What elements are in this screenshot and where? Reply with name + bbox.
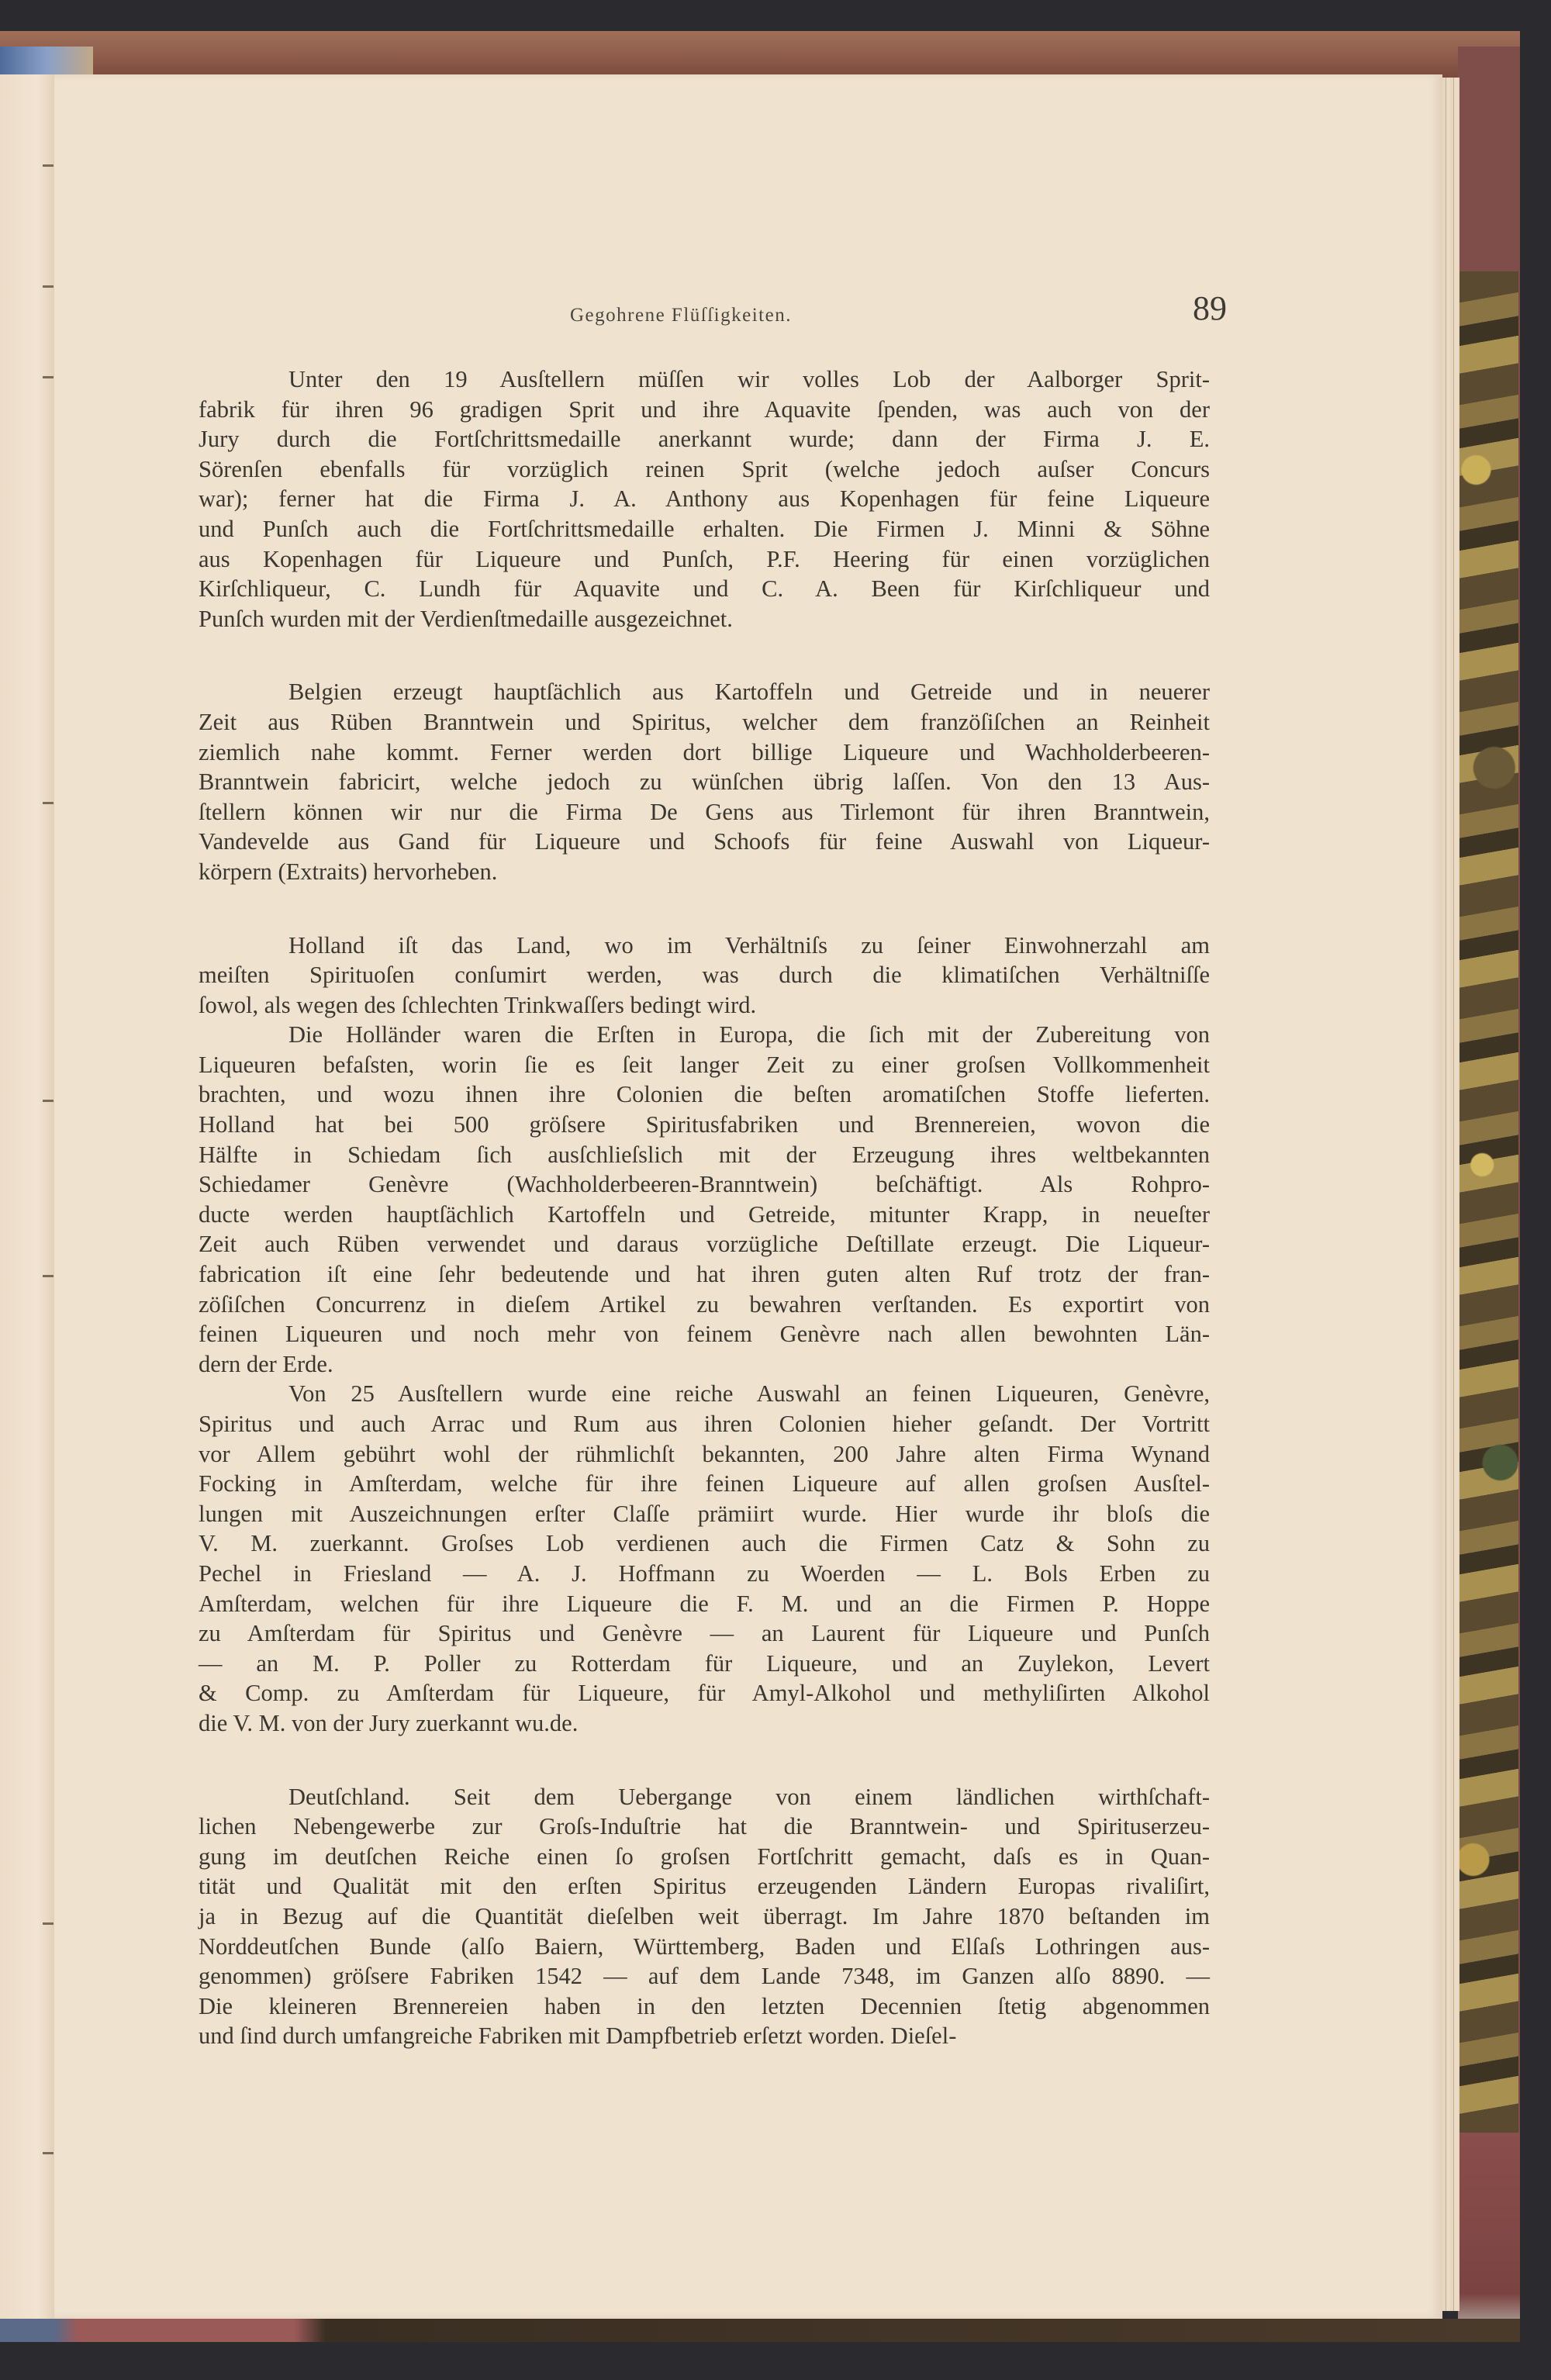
text-line: Branntwein fabricirt, welche jedoch zu w… (199, 767, 1210, 797)
text-line: und ſind durch umfangreiche Fabriken mit… (199, 2021, 1210, 2051)
paragraph-holland-history: Die Holländer waren die Erſten in Europa… (199, 1020, 1210, 1379)
text-line: Spiritus und auch Arrac und Rum aus ihre… (199, 1409, 1210, 1439)
text-line: Zeit aus Rüben Branntwein und Spiritus, … (199, 707, 1210, 737)
paragraph-germany: Deutſchland. Seit dem Uebergange von ein… (199, 1782, 1210, 2051)
text-line: ja in Bezug auf die Quantität dieſelben … (199, 1902, 1210, 1932)
text-line: Deutſchland. Seit dem Uebergange von ein… (199, 1782, 1210, 1812)
paragraph-holland-exhibitors: Von 25 Ausſtellern wurde eine reiche Aus… (199, 1379, 1210, 1738)
text-line: Pechel in Friesland — A. J. Hoffmann zu … (199, 1559, 1210, 1589)
page-stack-edge (1442, 78, 1459, 2311)
page-number: 89 (1193, 288, 1227, 328)
text-line: Die Holländer waren die Erſten in Europa… (199, 1020, 1210, 1050)
margin-mark (43, 2152, 54, 2154)
margin-mark (43, 376, 54, 378)
text-line: lichen Nebengewerbe zur Groſs-Induſtrie … (199, 1812, 1210, 1842)
margin-mark (43, 802, 54, 804)
text-line: genommen) gröſsere Fabriken 1542 — auf d… (199, 1961, 1210, 1991)
text-line: war); ferner hat die Firma J. A. Anthony… (199, 484, 1210, 514)
text-line: Norddeutſchen Bunde (alſo Baiern, Württe… (199, 1932, 1210, 1962)
text-line: fabrik für ihren 96 gradigen Sprit und i… (199, 395, 1210, 425)
text-line: Schiedamer Genèvre (Wachholderbeeren-Bra… (199, 1169, 1210, 1200)
text-line: Focking in Amſterdam, welche für ihre fe… (199, 1469, 1210, 1499)
text-line: Belgien erzeugt hauptſächlich aus Kartof… (199, 677, 1210, 707)
paragraph-denmark: Unter den 19 Ausſtellern müſſen wir voll… (199, 364, 1210, 634)
facing-page-edge (0, 74, 56, 2319)
text-line: Sörenſen ebenfalls für vorzüglich reinen… (199, 454, 1210, 485)
running-header-title: Gegohrene Flüſſigkeiten. (570, 305, 792, 326)
text-line: die V. M. von der Jury zuerkannt wu.de. (199, 1708, 1210, 1739)
text-line: zöſiſchen Concurrenz in dieſem Artikel z… (199, 1290, 1210, 1320)
book-cover-corner (0, 47, 93, 78)
text-line: Holland iſt das Land, wo im Verhältniſs … (199, 931, 1210, 961)
margin-mark (43, 1275, 54, 1277)
text-line: und Punſch auch die Fortſchrittsmedaille… (199, 514, 1210, 544)
text-line: Amſterdam, welchen für ihre Liqueure die… (199, 1589, 1210, 1619)
margin-mark (43, 1100, 54, 1102)
text-line: Zeit auch Rüben verwendet und daraus vor… (199, 1229, 1210, 1259)
text-line: Hälfte in Schiedam ſich ausſchlieſslich … (199, 1140, 1210, 1170)
text-line: Jury durch die Fortſchrittsmedaille aner… (199, 424, 1210, 454)
text-line: körpern (Extraits) hervorheben. (199, 857, 1210, 887)
text-line: dern der Erde. (199, 1349, 1210, 1380)
text-line: tität und Qualität mit den erſten Spirit… (199, 1871, 1210, 1902)
text-line: aus Kopenhagen für Liqueure und Punſch, … (199, 544, 1210, 575)
text-line: fabrication iſt eine ſehr bedeutende und… (199, 1259, 1210, 1290)
text-line: Unter den 19 Ausſtellern müſſen wir voll… (199, 364, 1210, 395)
text-line: Punſch wurden mit der Verdienſtmedaille … (199, 604, 1210, 634)
book-cover-top-edge (0, 31, 1520, 78)
text-line: ſowol, als wegen des ſchlechten Trinkwaſ… (199, 990, 1210, 1021)
text-line: Kirſchliqueur, C. Lundh für Aquavite und… (199, 574, 1210, 604)
text-line: V. M. zuerkannt. Groſses Lob verdienen a… (199, 1529, 1210, 1559)
book-cover-bottom-edge (0, 2319, 1520, 2342)
text-line: Von 25 Ausſtellern wurde eine reiche Aus… (199, 1379, 1210, 1409)
text-line: ſtellern können wir nur die Firma De Gen… (199, 797, 1210, 827)
text-line: gung im deutſchen Reiche einen ſo groſse… (199, 1842, 1210, 1872)
paragraph-belgium: Belgien erzeugt hauptſächlich aus Kartof… (199, 677, 1210, 886)
text-line: & Comp. zu Amſterdam für Liqueure, für A… (199, 1678, 1210, 1708)
margin-mark (43, 164, 54, 167)
text-line: lungen mit Auszeichnungen erſter Claſſe … (199, 1499, 1210, 1529)
marbled-edge (1458, 271, 1518, 2257)
text-line: feinen Liqueuren und noch mehr von feine… (199, 1319, 1210, 1349)
text-line: meiſten Spirituoſen conſumirt werden, wa… (199, 960, 1210, 990)
text-line: Liqueuren befaſsten, worin ſie es ſeit l… (199, 1050, 1210, 1080)
text-line: zu Amſterdam für Spiritus und Genèvre — … (199, 1618, 1210, 1649)
text-line: Holland hat bei 500 gröſsere Spiritusfab… (199, 1110, 1210, 1140)
text-line: — an M. P. Poller zu Rotterdam für Lique… (199, 1649, 1210, 1679)
text-line: ducte werden hauptſächlich Kartoffeln un… (199, 1200, 1210, 1230)
book-binding-corner (1458, 2133, 1520, 2334)
text-line: brachten, und wozu ihnen ihre Colonien d… (199, 1079, 1210, 1110)
text-line: vor Allem gebührt wohl der rühmlichſt be… (199, 1439, 1210, 1470)
body-text: Unter den 19 Ausſtellern müſſen wir voll… (199, 364, 1210, 2051)
text-line: ziemlich nahe kommt. Ferner werden dort … (199, 737, 1210, 768)
text-line: Vandevelde aus Gand für Liqueure und Sch… (199, 827, 1210, 857)
text-line: Die kleineren Brennereien haben in den l… (199, 1991, 1210, 2022)
margin-mark (43, 1922, 54, 1925)
margin-mark (43, 285, 54, 288)
paragraph-holland-intro: Holland iſt das Land, wo im Verhältniſs … (199, 931, 1210, 1021)
